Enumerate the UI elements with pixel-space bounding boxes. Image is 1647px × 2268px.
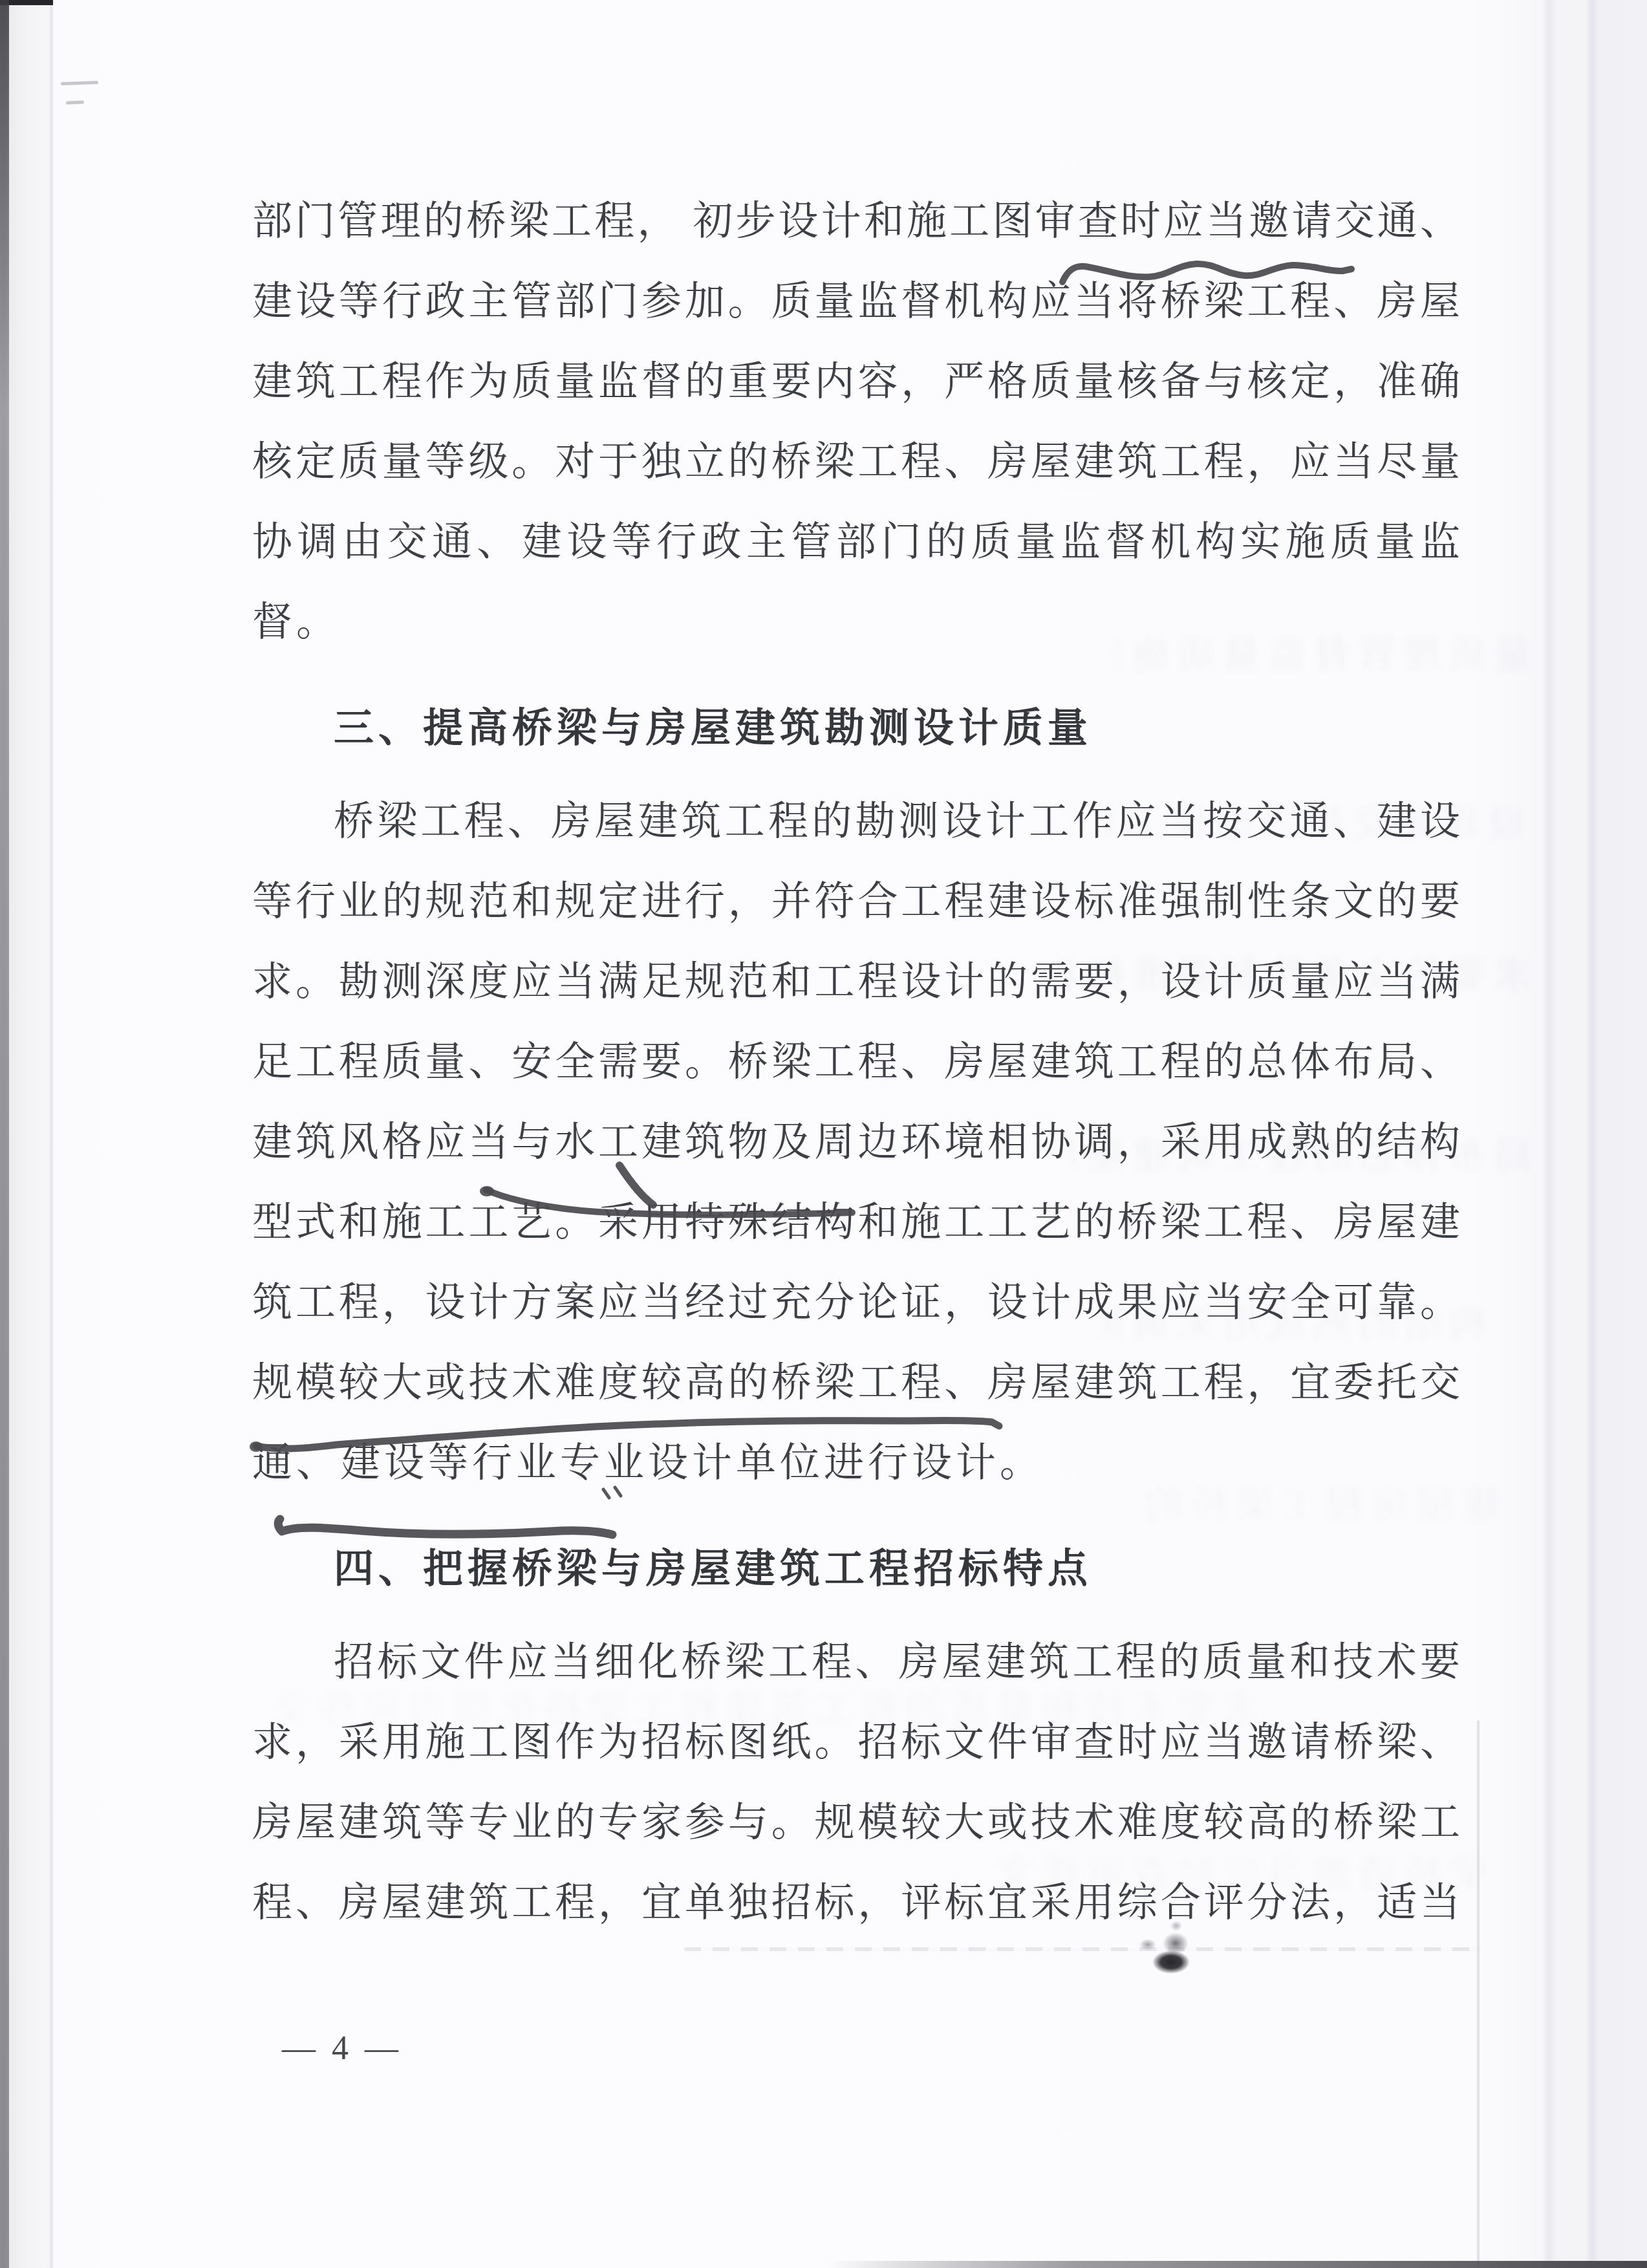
swoosh-underline-pen-mark bbox=[486, 1190, 852, 1215]
handwritten-annotation-layer bbox=[0, 0, 1647, 2268]
long-underline-start-blob bbox=[250, 1442, 263, 1452]
short-underline-pen-mark bbox=[278, 1519, 612, 1535]
page-number: — 4 — bbox=[282, 2023, 476, 2075]
ink-smudge bbox=[1133, 1919, 1204, 1979]
swoosh-start-blob bbox=[480, 1186, 494, 1196]
double-tick-pen-mark bbox=[603, 1487, 621, 1498]
faint-ink-streak bbox=[684, 1947, 1481, 1951]
wavy-underline-pen-mark bbox=[1062, 264, 1351, 282]
swoosh-descender-pen-mark bbox=[619, 1165, 653, 1205]
long-underline-pen-mark bbox=[256, 1421, 999, 1449]
